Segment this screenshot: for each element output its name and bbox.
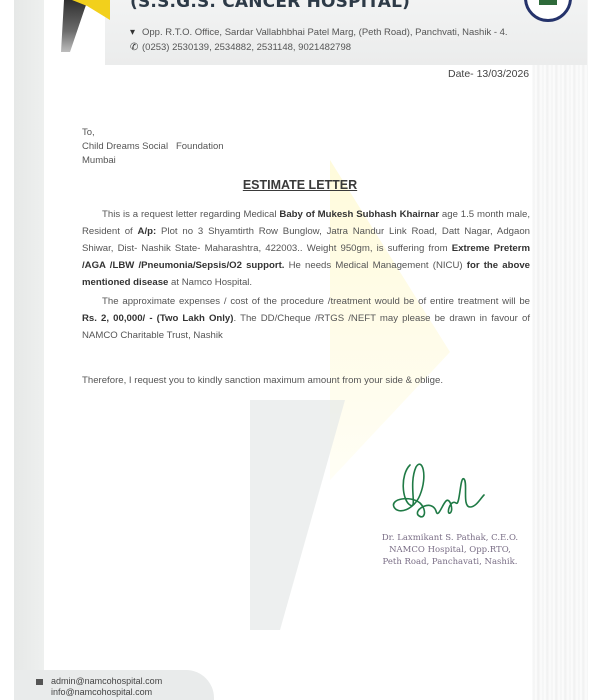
page-edge-right xyxy=(532,0,588,700)
signatory-address: Peth Road, Panchavati, Nashik. xyxy=(330,556,570,568)
letterhead-address: ▾Opp. R.T.O. Office, Sardar Vallabhbhai … xyxy=(130,27,508,38)
paragraph-estimate: The approximate expenses / cost of the p… xyxy=(82,293,530,344)
to-label: To, xyxy=(82,126,224,140)
page-edge-left xyxy=(14,0,44,700)
paragraph-closing: Therefore, I request you to kindly sanct… xyxy=(82,372,542,389)
recipient-city: Mumbai xyxy=(82,154,224,168)
signatory-name: Dr. Laxmikant S. Pathak, C.E.O. xyxy=(330,532,570,544)
mail-icon xyxy=(36,679,43,685)
recipient-name: Child Dreams Social Foundation xyxy=(82,140,224,154)
signatory-stamp: Dr. Laxmikant S. Pathak, C.E.O. NAMCO Ho… xyxy=(330,532,570,568)
logo-grey-shape xyxy=(58,0,88,52)
signature xyxy=(380,455,490,535)
email-info[interactable]: info@namcohospital.com xyxy=(51,687,152,697)
map-pin-icon: ▾ xyxy=(130,27,142,38)
phone-icon: ✆ xyxy=(130,42,142,53)
page-outer-right xyxy=(588,0,600,700)
phone-text: (0253) 2530139, 2534882, 2531148, 902148… xyxy=(142,42,351,53)
email-admin[interactable]: admin@namcohospital.com xyxy=(51,676,162,686)
patient-name: Baby of Mukesh Subhash Khairnar xyxy=(279,209,439,220)
footer-emails: admin@namcohospital.com info@namcohospit… xyxy=(36,676,162,698)
letter-date: Date- 13/03/2026 xyxy=(448,68,529,80)
address-text: Opp. R.T.O. Office, Sardar Vallabhbhai P… xyxy=(142,27,508,38)
recipient-block: To, Child Dreams Social Foundation Mumba… xyxy=(82,126,224,168)
estimate-amount: Rs. 2, 00,000/ - (Two Lakh Only) xyxy=(82,313,233,324)
letter-title: ESTIMATE LETTER xyxy=(0,178,600,192)
hospital-name: (S.S.G.S. CANCER HOSPITAL) xyxy=(130,0,410,12)
paragraph-request: This is a request letter regarding Medic… xyxy=(82,206,530,291)
letterhead-phone: ✆(0253) 2530139, 2534882, 2531148, 90214… xyxy=(130,42,351,53)
signatory-org: NAMCO Hospital, Opp.RTO, xyxy=(330,544,570,556)
watermark-grey xyxy=(250,400,350,630)
